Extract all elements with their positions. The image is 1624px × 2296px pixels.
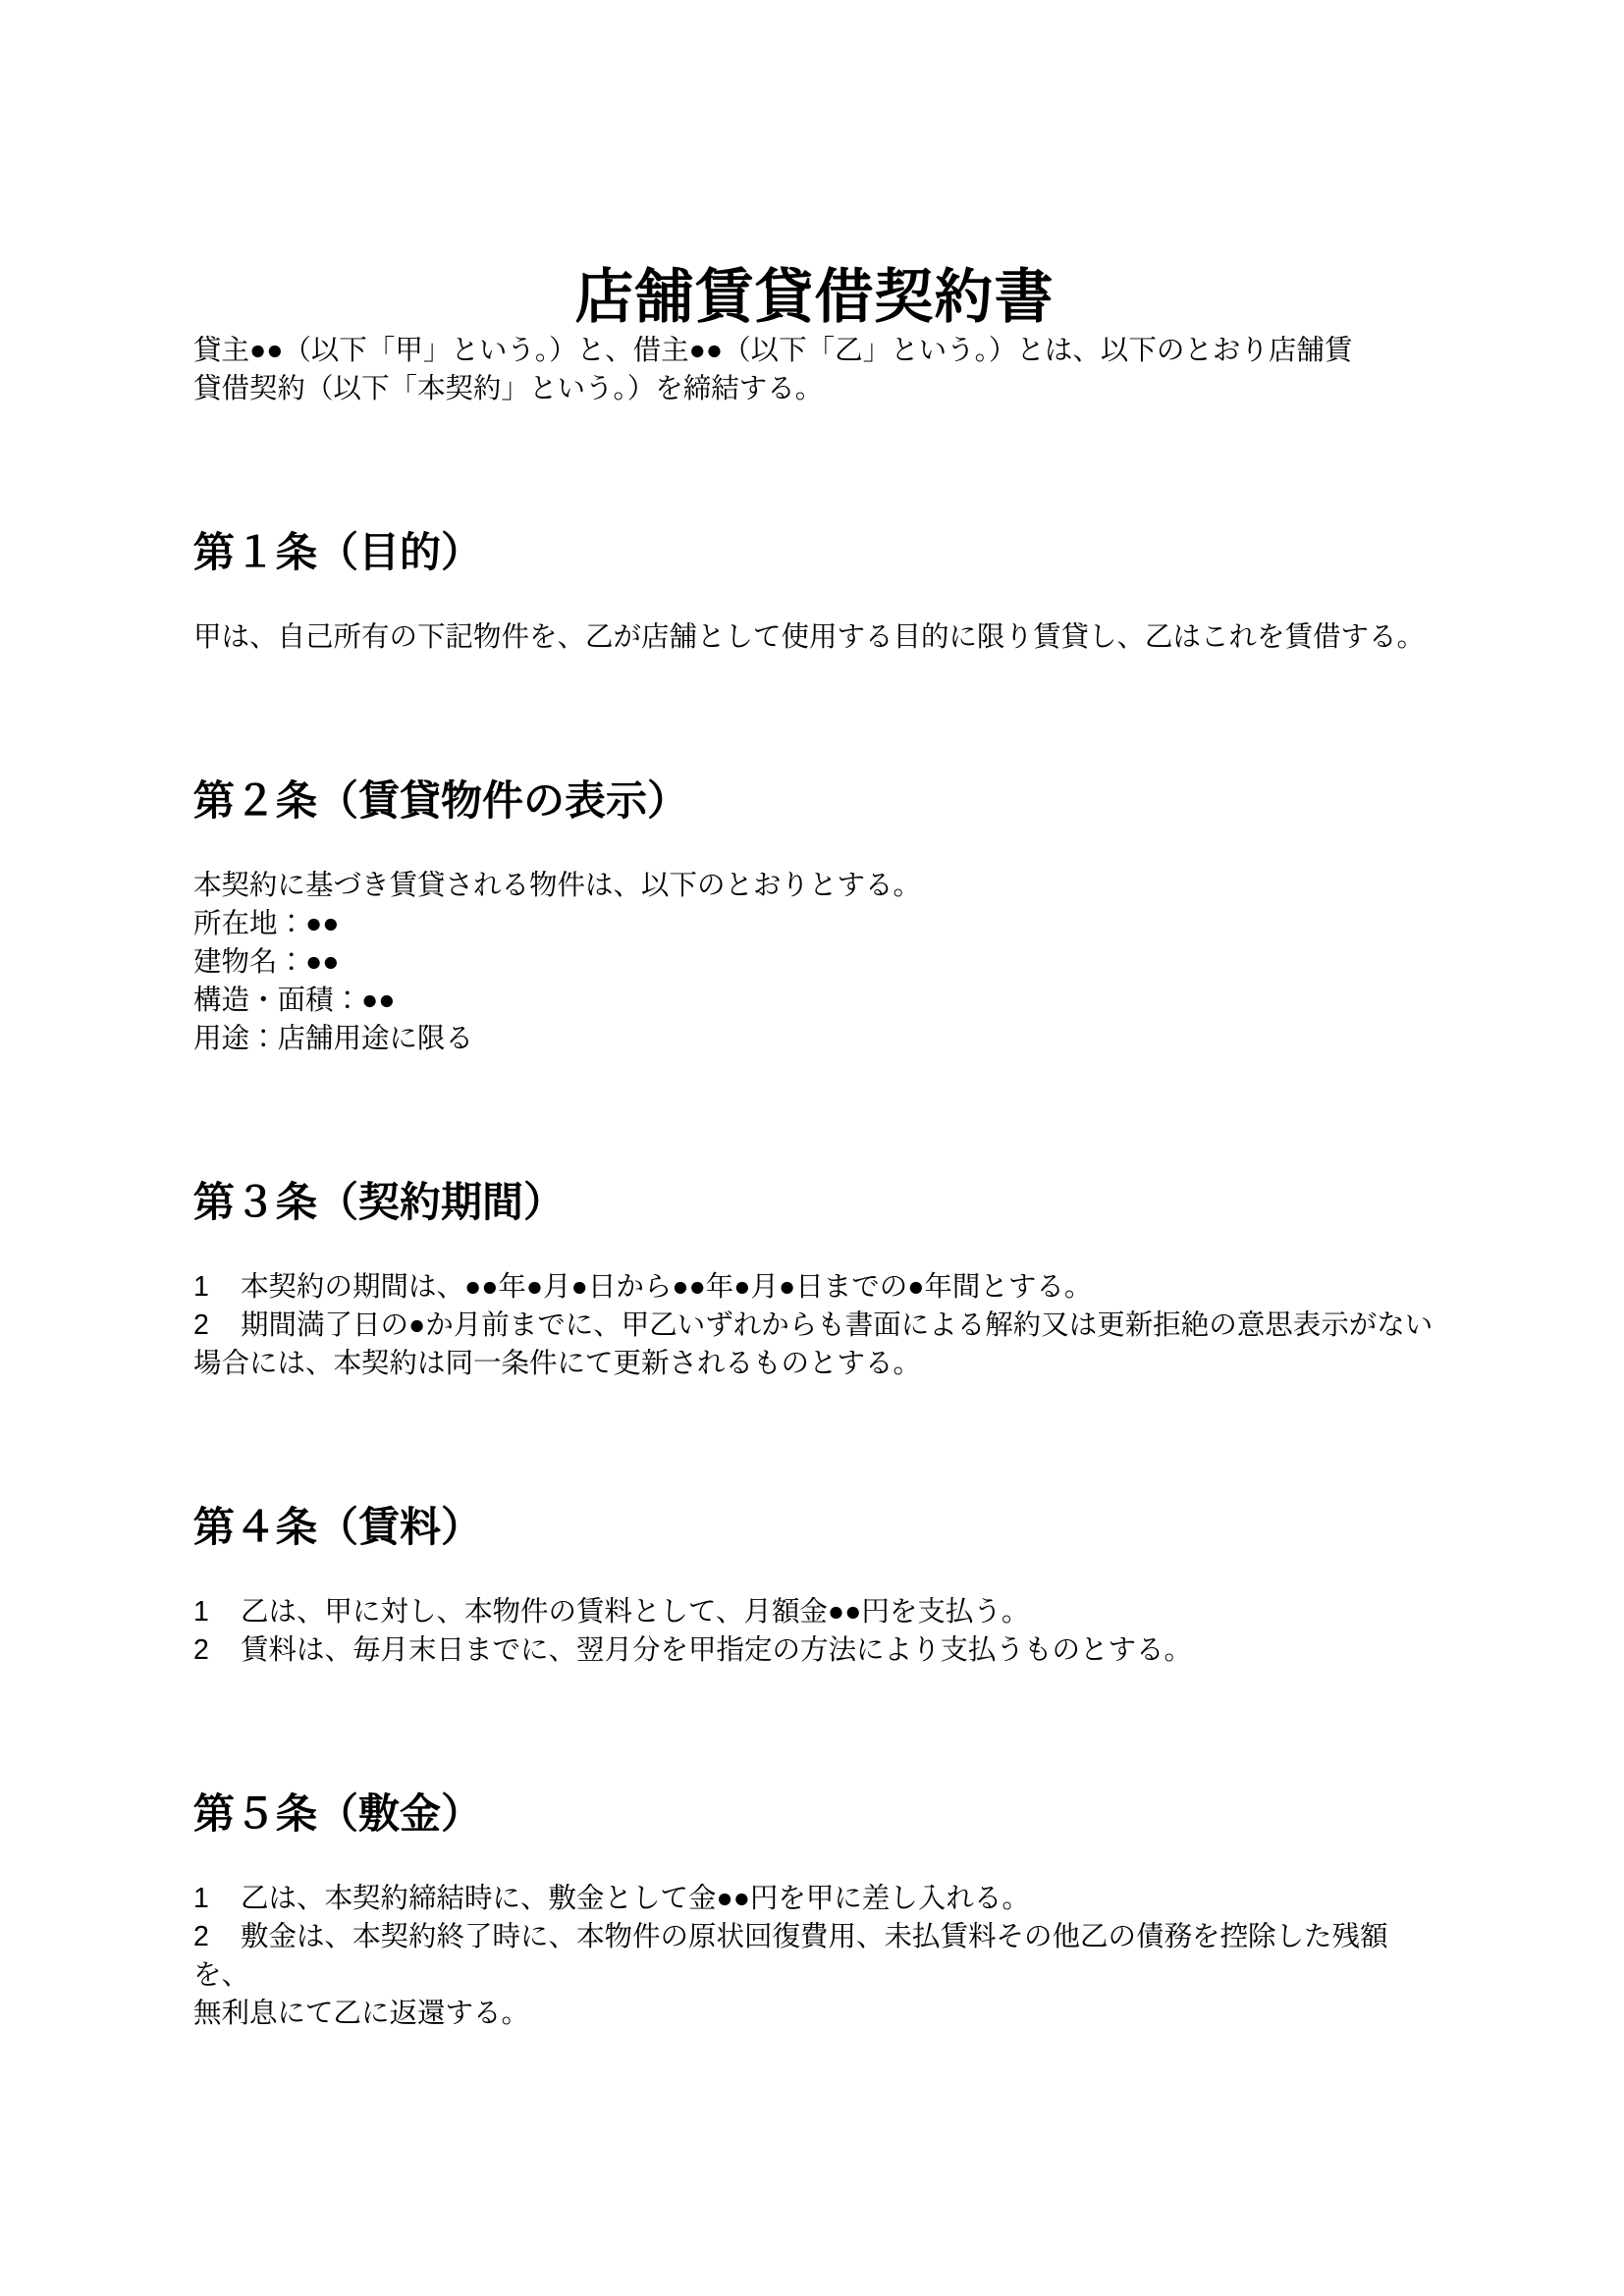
item-number: 2: [193, 1631, 241, 1670]
section-heading-article-4: 第４条（賃料）: [193, 1501, 1435, 1554]
list-item: 2敷金は、本契約終了時に、本物件の原状回復費用、未払賃料その他乙の債務を控除した…: [193, 1918, 1435, 2033]
section-heading-article-2: 第２条（賃貸物件の表示）: [193, 774, 1435, 828]
item-text: 本契約の期間は、●●年●月●日から●●年●月●日までの●年間とする。: [241, 1271, 1092, 1303]
document-title: 店舗賃貸借契約書: [193, 263, 1435, 332]
section-article-2: 第２条（賃貸物件の表示） 本契約に基づき賃貸される物件は、以下のとおりとする。 …: [193, 774, 1435, 1058]
section-body-article-2: 本契約に基づき賃貸される物件は、以下のとおりとする。 所在地：●● 建物名：●●…: [193, 867, 1435, 1058]
section-article-4: 第４条（賃料） 1乙は、甲に対し、本物件の賃料として、月額金●●円を支払う。 2…: [193, 1501, 1435, 1670]
item-number: 1: [193, 1268, 241, 1307]
item-number: 1: [193, 1880, 241, 1918]
item-number: 2: [193, 1918, 241, 1956]
item-text: 期間満了日の●か月前までに、甲乙いずれからも書面による解約又は更新拒絶の意思表示…: [193, 1309, 1433, 1379]
section-items-article-5: 1乙は、本契約締結時に、敷金として金●●円を甲に差し入れる。 2敷金は、本契約終…: [193, 1880, 1435, 2033]
item-text: 賃料は、毎月末日までに、翌月分を甲指定の方法により支払うものとする。: [241, 1634, 1192, 1666]
item-number: 2: [193, 1307, 241, 1345]
list-item: 2賃料は、毎月末日までに、翌月分を甲指定の方法により支払うものとする。: [193, 1631, 1435, 1670]
list-item: 1乙は、甲に対し、本物件の賃料として、月額金●●円を支払う。: [193, 1593, 1435, 1631]
document-page: 店舗賃貸借契約書 貸主●●（以下「甲」という。）と、借主●●（以下「乙」という。…: [0, 0, 1624, 2296]
section-article-1: 第１条（目的） 甲は、自己所有の下記物件を、乙が店舗として使用する目的に限り賃貸…: [193, 526, 1435, 657]
intro-paragraph: 貸主●●（以下「甲」という。）と、借主●●（以下「乙」という。）とは、以下のとお…: [193, 332, 1435, 408]
section-items-article-4: 1乙は、甲に対し、本物件の賃料として、月額金●●円を支払う。 2賃料は、毎月末日…: [193, 1593, 1435, 1670]
item-text: 乙は、本契約締結時に、敷金として金●●円を甲に差し入れる。: [241, 1883, 1030, 1914]
list-item: 1本契約の期間は、●●年●月●日から●●年●月●日までの●年間とする。: [193, 1268, 1435, 1307]
list-item: 2期間満了日の●か月前までに、甲乙いずれからも書面による解約又は更新拒絶の意思表…: [193, 1307, 1435, 1383]
item-number: 1: [193, 1593, 241, 1631]
item-text: 敷金は、本契約終了時に、本物件の原状回復費用、未払賃料その他乙の債務を控除した残…: [193, 1921, 1388, 2029]
section-heading-article-1: 第１条（目的）: [193, 526, 1435, 579]
section-heading-article-5: 第５条（敷金）: [193, 1788, 1435, 1841]
item-text: 乙は、甲に対し、本物件の賃料として、月額金●●円を支払う。: [241, 1596, 1029, 1628]
section-items-article-3: 1本契約の期間は、●●年●月●日から●●年●月●日までの●年間とする。 2期間満…: [193, 1268, 1435, 1383]
section-heading-article-3: 第３条（契約期間）: [193, 1176, 1435, 1229]
section-body-article-1: 甲は、自己所有の下記物件を、乙が店舗として使用する目的に限り賃貸し、乙はこれを賃…: [193, 618, 1435, 657]
list-item: 1乙は、本契約締結時に、敷金として金●●円を甲に差し入れる。: [193, 1880, 1435, 1918]
section-article-3: 第３条（契約期間） 1本契約の期間は、●●年●月●日から●●年●月●日までの●年…: [193, 1176, 1435, 1383]
section-article-5: 第５条（敷金） 1乙は、本契約締結時に、敷金として金●●円を甲に差し入れる。 2…: [193, 1788, 1435, 2033]
